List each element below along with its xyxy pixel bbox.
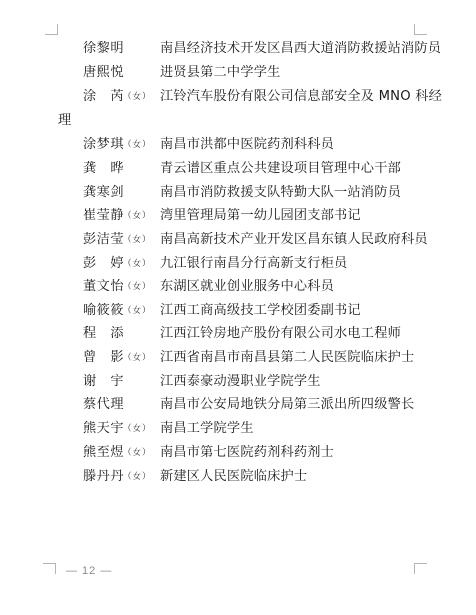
crop-mark-bottom-right bbox=[414, 563, 427, 574]
person-name: 曾 影 bbox=[83, 347, 124, 369]
list-item: 程 添 江西江铃房地产股份有限公司水电工程师 bbox=[0, 323, 476, 345]
person-name: 涂梦琪 bbox=[83, 134, 124, 156]
gender-note: （女） bbox=[123, 347, 152, 369]
list-item: 曾 影 （女） 江西省南昌市南昌县第二人民医院临床护士 bbox=[0, 347, 476, 369]
gender-note: （女） bbox=[123, 134, 152, 156]
person-affiliation: 南昌高新技术产业开发区昌东镇人民政府科员 bbox=[160, 229, 428, 251]
person-affiliation: 湾里管理局第一幼儿园团支部书记 bbox=[160, 205, 361, 227]
person-affiliation: 南昌工学院学生 bbox=[160, 418, 254, 440]
list-item: 涂 芮 （女） 江铃汽车股份有限公司信息部安全及 MNO 科经 bbox=[0, 86, 476, 108]
person-affiliation: 东湖区就业创业服务中心科员 bbox=[160, 276, 334, 298]
person-affiliation: 江铃汽车股份有限公司信息部安全及 MNO 科经 bbox=[160, 86, 442, 108]
gender-note: （女） bbox=[123, 300, 152, 322]
gender-note: （女） bbox=[123, 205, 152, 227]
gender-note: （女） bbox=[123, 276, 152, 298]
page-number: — 12 — bbox=[66, 565, 112, 577]
gender-note: （女） bbox=[123, 442, 152, 464]
person-name: 彭 婷 bbox=[83, 253, 124, 275]
list-item: 熊至煜 （女） 南昌市第七医院药剂科药剂士 bbox=[0, 442, 476, 464]
list-item: 谢 宇 江西泰豪动漫职业学院学生 bbox=[0, 371, 476, 393]
person-affiliation: 南昌市公安局地铁分局第三派出所四级警长 bbox=[160, 394, 414, 416]
person-name: 龚寒剑 bbox=[83, 182, 124, 204]
gender-note: （女） bbox=[123, 418, 152, 440]
gender-note: （女） bbox=[123, 86, 152, 108]
crop-mark-top-right bbox=[414, 24, 427, 35]
person-affiliation: 江西工商高级技工学校团委副书记 bbox=[160, 300, 361, 322]
person-affiliation: 青云谱区重点公共建设项目管理中心干部 bbox=[160, 158, 401, 180]
person-affiliation: 南昌市第七医院药剂科药剂士 bbox=[160, 442, 334, 464]
list-item: 涂梦琪 （女） 南昌市洪都中医院药剂科科员 bbox=[0, 134, 476, 156]
person-affiliation: 江西省南昌市南昌县第二人民医院临床护士 bbox=[160, 347, 414, 369]
person-affiliation: 新建区人民医院临床护士 bbox=[160, 466, 307, 488]
person-affiliation: 南昌市洪都中医院药剂科科员 bbox=[160, 134, 334, 156]
person-name: 崔莹静 bbox=[83, 205, 124, 227]
list-item: 彭洁莹 （女） 南昌高新技术产业开发区昌东镇人民政府科员 bbox=[0, 229, 476, 251]
list-item: 崔莹静 （女） 湾里管理局第一幼儿园团支部书记 bbox=[0, 205, 476, 227]
person-name: 徐黎明 bbox=[83, 38, 124, 60]
person-name: 唐熙悦 bbox=[83, 62, 124, 84]
list-item: 徐黎明 南昌经济技术开发区昌西大道消防救援站消防员 bbox=[0, 38, 476, 60]
person-affiliation: 南昌经济技术开发区昌西大道消防救援站消防员 bbox=[160, 38, 441, 60]
person-name: 熊天宇 bbox=[83, 418, 124, 440]
list-item: 蔡代理 南昌市公安局地铁分局第三派出所四级警长 bbox=[0, 394, 476, 416]
list-item: 董文怡 （女） 东湖区就业创业服务中心科员 bbox=[0, 276, 476, 298]
gender-note: （女） bbox=[123, 466, 152, 488]
person-name: 蔡代理 bbox=[83, 394, 124, 416]
list-item: 熊天宇 （女） 南昌工学院学生 bbox=[0, 418, 476, 440]
person-affiliation: 江西泰豪动漫职业学院学生 bbox=[160, 371, 321, 393]
person-affiliation: 进贤县第二中学学生 bbox=[160, 62, 281, 84]
person-name: 彭洁莹 bbox=[83, 229, 124, 251]
person-affiliation: 九江银行南昌分行高新支行柜员 bbox=[160, 253, 347, 275]
person-name: 涂 芮 bbox=[83, 86, 124, 108]
person-name: 喻筱筱 bbox=[83, 300, 124, 322]
person-name: 程 添 bbox=[83, 323, 124, 345]
list-item: 滕丹丹 （女） 新建区人民医院临床护士 bbox=[0, 466, 476, 488]
list-item: 唐熙悦 进贤县第二中学学生 bbox=[0, 62, 476, 84]
gender-note: （女） bbox=[123, 253, 152, 275]
person-name: 谢 宇 bbox=[83, 371, 124, 393]
list-item: 彭 婷 （女） 九江银行南昌分行高新支行柜员 bbox=[0, 253, 476, 275]
crop-mark-top-left bbox=[45, 24, 58, 35]
person-name: 龚 晔 bbox=[83, 158, 124, 180]
gender-note: （女） bbox=[123, 229, 152, 251]
list-item: 喻筱筱 （女） 江西工商高级技工学校团委副书记 bbox=[0, 300, 476, 322]
person-name: 熊至煜 bbox=[83, 442, 124, 464]
list-item: 龚寒剑 南昌市消防救援支队特勤大队一站消防员 bbox=[0, 182, 476, 204]
person-affiliation: 江西江铃房地产股份有限公司水电工程师 bbox=[160, 323, 401, 345]
person-name: 滕丹丹 bbox=[83, 466, 124, 488]
list-item: 龚 晔 青云谱区重点公共建设项目管理中心干部 bbox=[0, 158, 476, 180]
document-page: 徐黎明 南昌经济技术开发区昌西大道消防救援站消防员 唐熙悦 进贤县第二中学学生 … bbox=[0, 0, 476, 615]
wrapped-line-continuation: 理 bbox=[58, 110, 71, 132]
person-affiliation: 南昌市消防救援支队特勤大队一站消防员 bbox=[160, 182, 401, 204]
person-name: 董文怡 bbox=[83, 276, 124, 298]
crop-mark-bottom-left bbox=[43, 563, 56, 574]
